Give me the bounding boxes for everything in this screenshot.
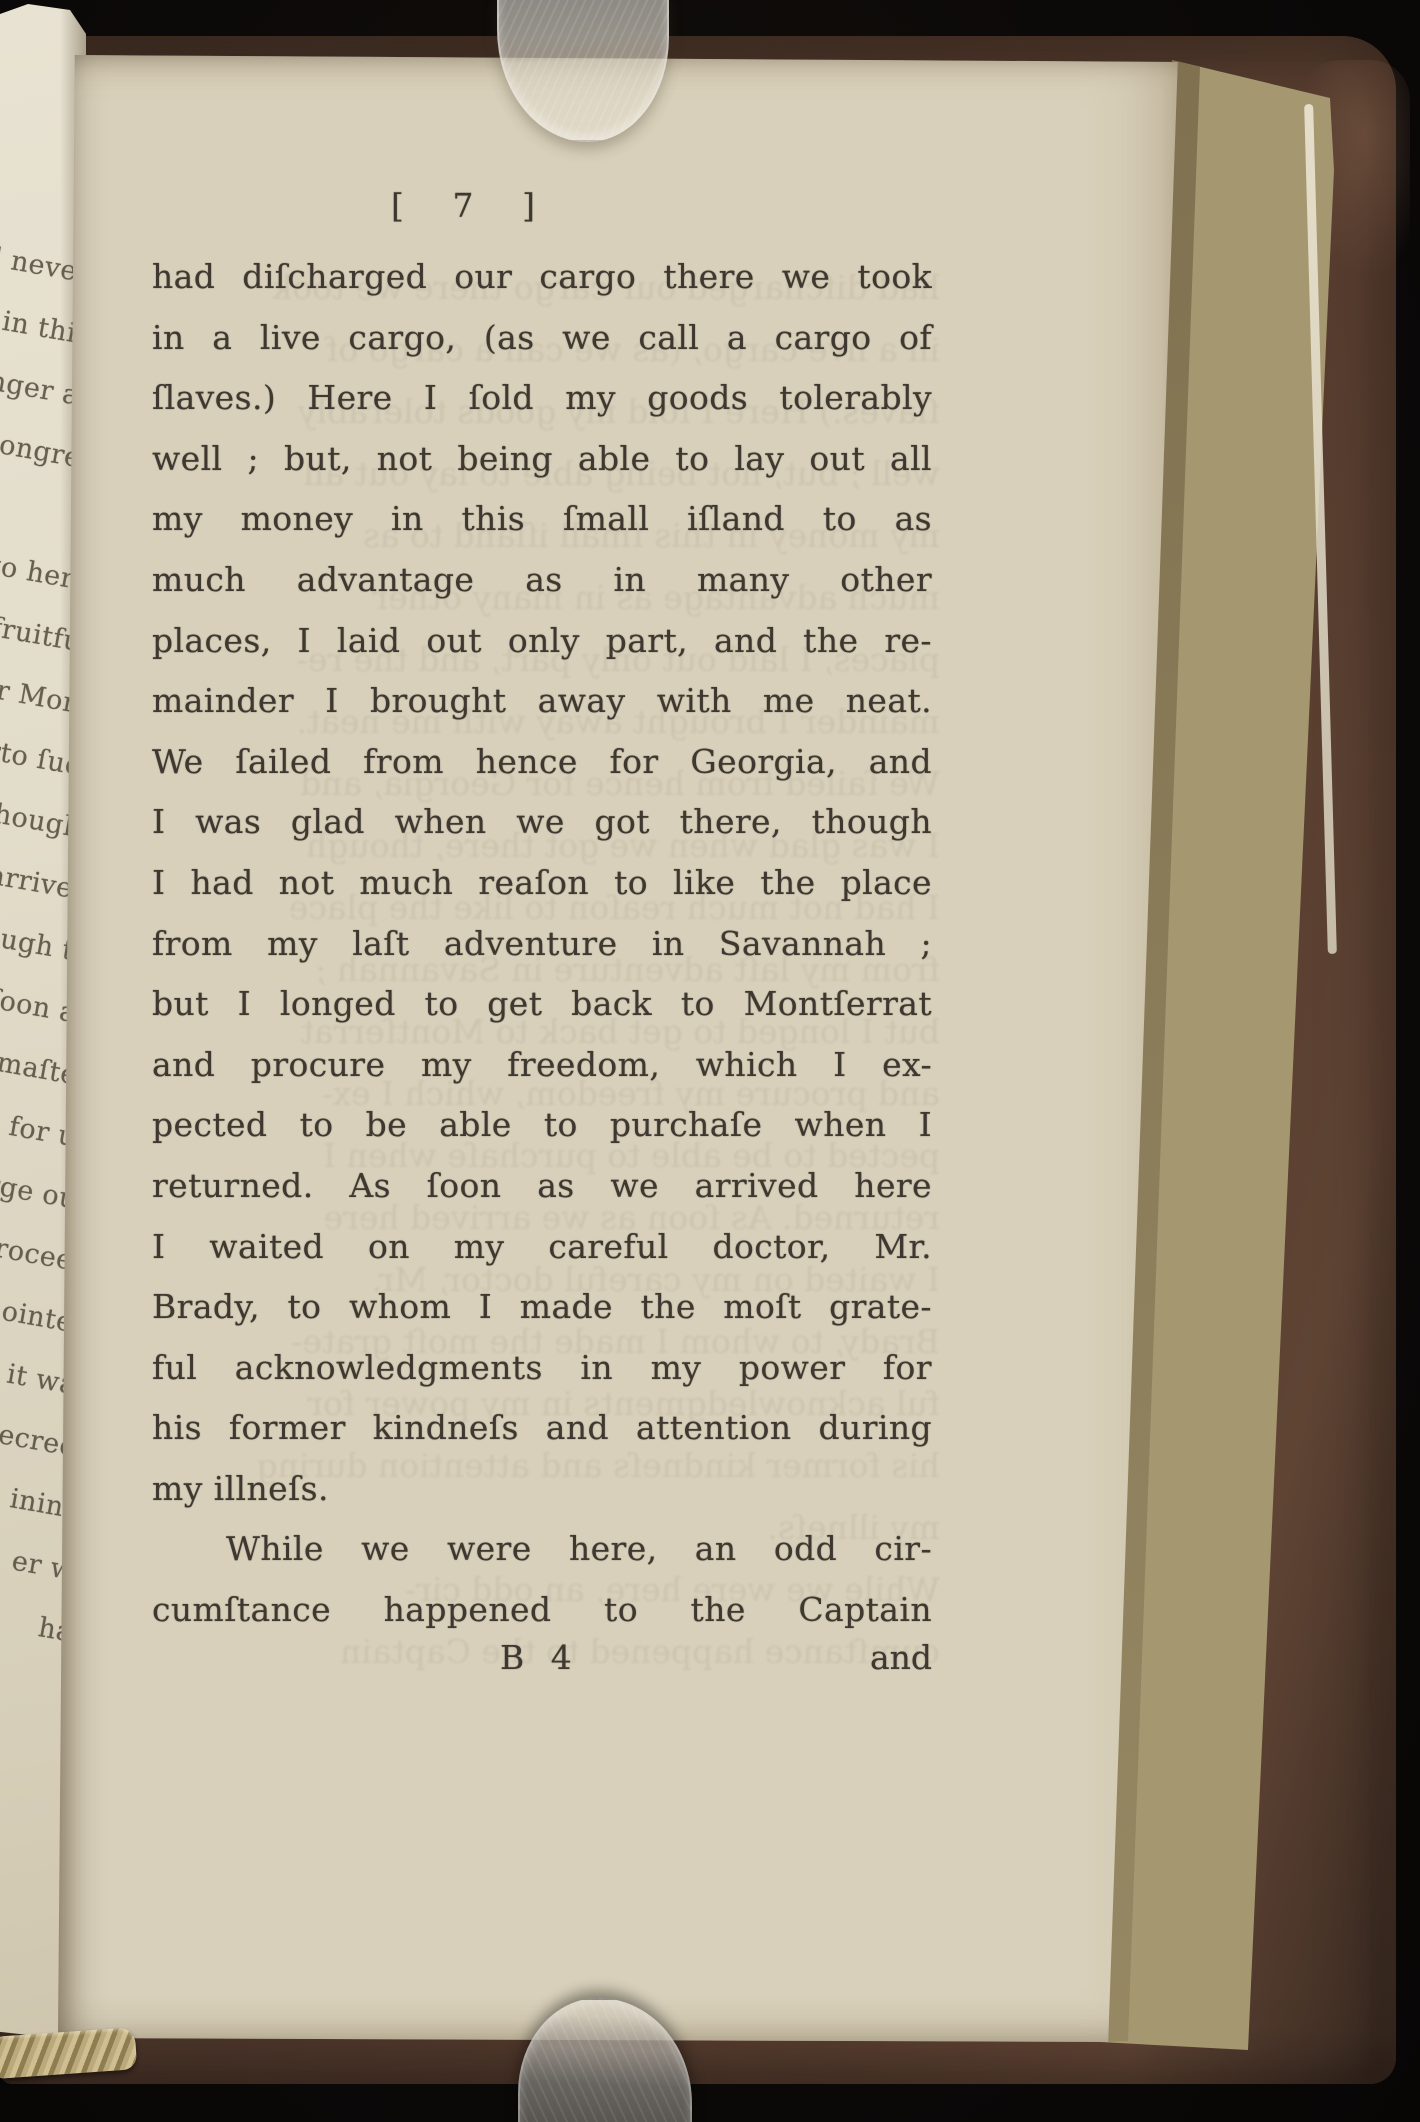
text-line: from my laſt adventure in Savannah ; xyxy=(152,914,932,975)
text-line: places, I laid out only part, and the re… xyxy=(152,611,932,672)
signature-mark: B 4 xyxy=(500,1628,572,1688)
text-line: in a live cargo, (as we call a cargo of xyxy=(152,308,932,369)
header-bracket-left: [ xyxy=(391,186,404,226)
text-line: my illneſs. xyxy=(152,1459,932,1520)
text-line: I had not much reaſon to like the place xyxy=(152,853,932,914)
text-line: had diſcharged our cargo there we took xyxy=(152,247,932,308)
text-line: pected to be able to purchaſe when I xyxy=(152,1095,932,1156)
text-line: While we were here, an odd cir- xyxy=(152,1519,932,1580)
book-page: had diſcharged our cargo there we tookin… xyxy=(58,52,1180,2044)
text-line: well ; but, not being able to lay out al… xyxy=(152,429,932,490)
text-line: but I longed to get back to Montſerrat xyxy=(152,974,932,1035)
text-line: much advantage as in many other xyxy=(152,550,932,611)
text-line: his former kindneſs and attention during xyxy=(152,1398,932,1459)
text-line: returned. As ſoon as we arrived here xyxy=(152,1156,932,1217)
page-text-block: had diſcharged our cargo there we tookin… xyxy=(152,247,932,1641)
catchword: and xyxy=(870,1628,932,1688)
text-line: mainder I brought away with me neat. xyxy=(152,671,932,732)
book-photograph: had neveres in thislonger atn congre-car… xyxy=(0,0,1420,2122)
text-line: We ſailed from hence for Georgia, and xyxy=(152,732,932,793)
text-line: Brady, to whom I made the moſt grate- xyxy=(152,1277,932,1338)
page-number: 7 xyxy=(453,186,474,226)
page-number-header: [ 7 ] xyxy=(391,186,535,226)
text-line: my money in this ſmall iſland to as xyxy=(152,489,932,550)
text-line: ful acknowledgments in my power for xyxy=(152,1338,932,1399)
header-bracket-right: ] xyxy=(522,186,535,226)
text-line: I was glad when we got there, though xyxy=(152,792,932,853)
text-line: I waited on my careful doctor, Mr. xyxy=(152,1217,932,1278)
text-line: and procure my freedom, which I ex- xyxy=(152,1035,932,1096)
signature-row: B 4 and xyxy=(152,1628,932,1688)
text-line: ſlaves.) Here I ſold my goods tolerably xyxy=(152,368,932,429)
